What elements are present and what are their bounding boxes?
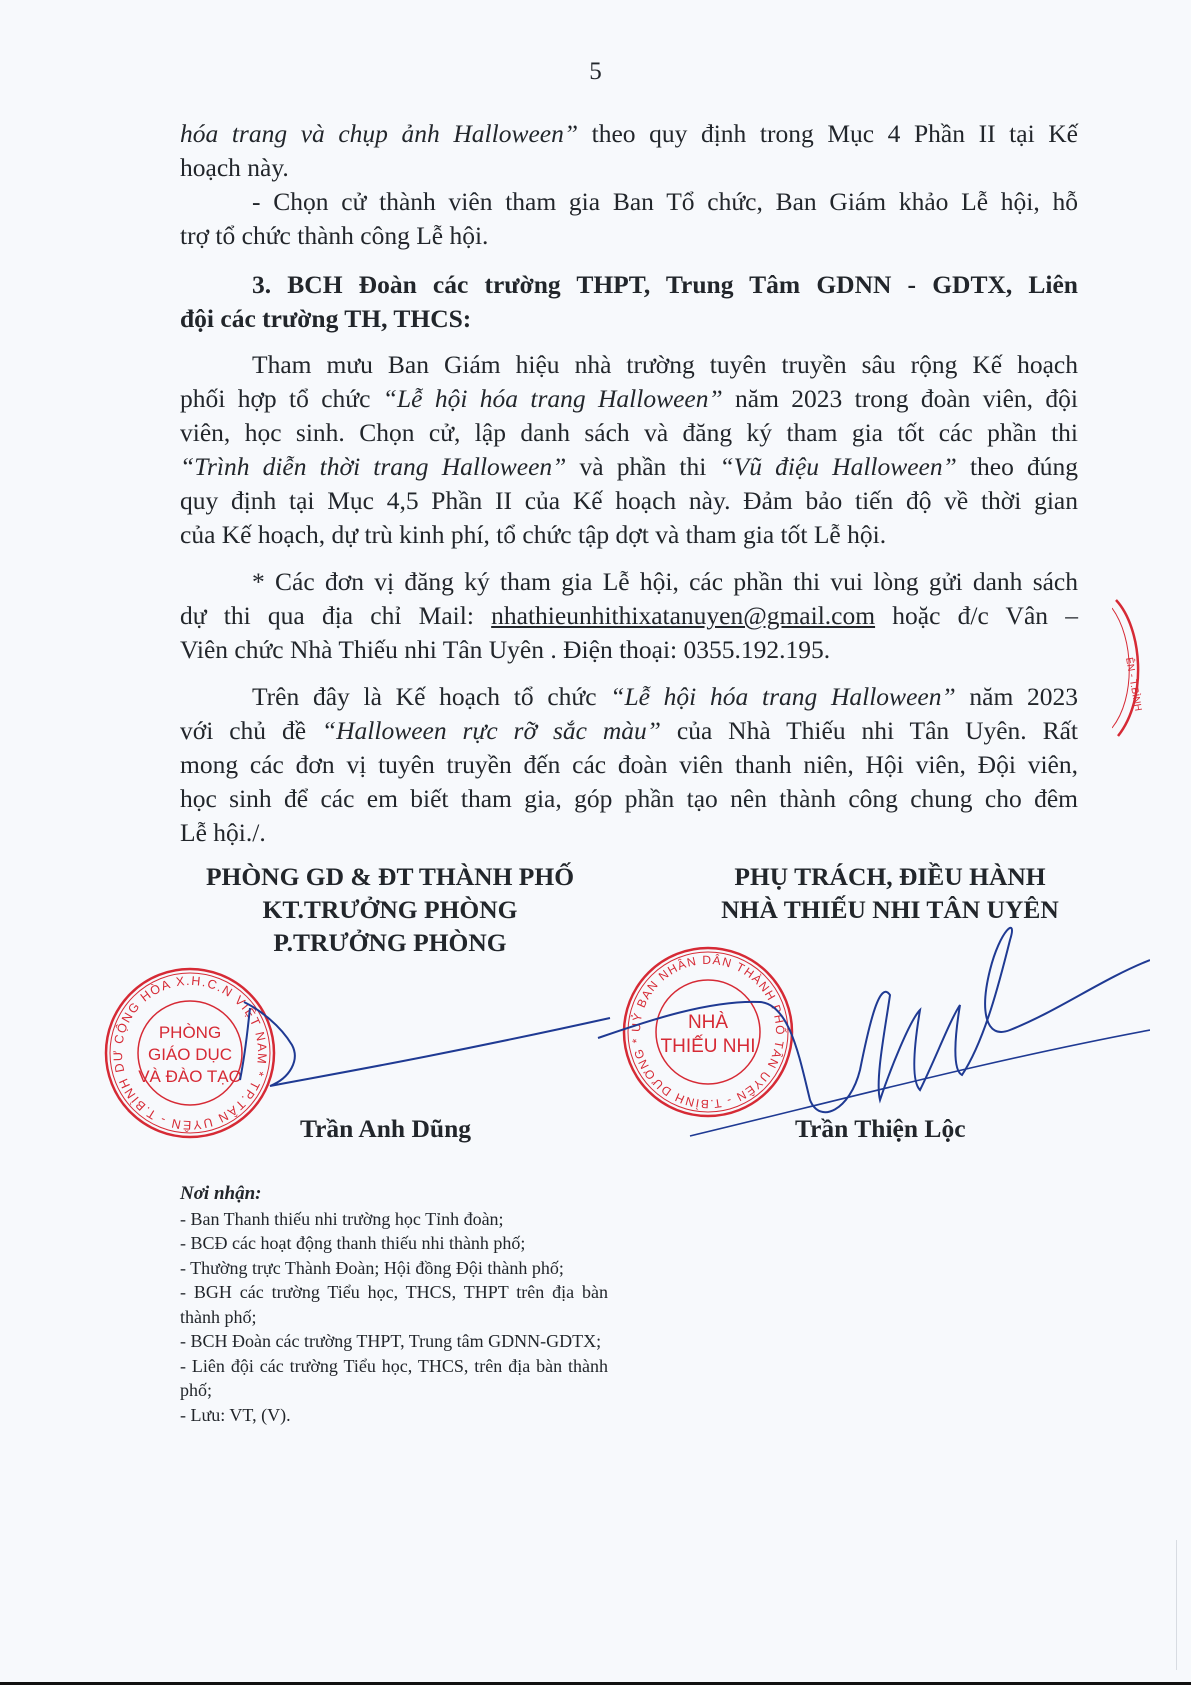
- text: Viên chức Nhà Thiếu nhi Tân Uyên . Điện …: [180, 633, 1078, 667]
- text: Trên đây là Kế hoạch tổ chức: [252, 682, 610, 711]
- recipient-item: - Thường trực Thành Đoàn; Hội đồng Đội t…: [180, 1256, 608, 1281]
- recipient-item: - BCĐ các hoạt động thanh thiếu nhi thàn…: [180, 1231, 608, 1256]
- heading-line: 3. BCH Đoàn các trường THPT, Trung Tâm G…: [180, 268, 1078, 302]
- text: quy định tại Mục 4,5 Phần II của Kế hoạc…: [180, 484, 1078, 518]
- org-line: PHÒNG GD & ĐT THÀNH PHỐ: [180, 860, 600, 893]
- italic-quote: “Vũ điệu Halloween”: [719, 452, 956, 481]
- paragraph-registration: * Các đơn vị đăng ký tham gia Lễ hội, cá…: [180, 565, 1078, 667]
- recipient-item: - Ban Thanh thiếu nhi trường học Tỉnh đo…: [180, 1207, 608, 1232]
- text: theo quy định trong Mục 4 Phần II tại Kế: [578, 119, 1078, 148]
- text: học sinh để các em biết tham gia, góp ph…: [180, 782, 1078, 816]
- italic-quote: “Lễ hội hóa trang Halloween”: [610, 682, 955, 711]
- text: của Nhà Thiếu nhi Tân Uyên. Rất: [661, 716, 1078, 745]
- text: viên, học sinh. Chọn cử, lập danh sách v…: [180, 416, 1078, 450]
- italic-quote: “Lễ hội hóa trang Halloween”: [383, 384, 723, 413]
- svg-text:PHÒNG: PHÒNG: [159, 1023, 221, 1042]
- recipients-list: Nơi nhận: - Ban Thanh thiếu nhi trường h…: [180, 1182, 608, 1427]
- text: của Kế hoạch, dự trù kinh phí, tổ chức t…: [180, 518, 1078, 552]
- text: năm 2023 trong đoàn viên, đội: [723, 384, 1078, 413]
- text: với chủ đề: [180, 716, 322, 745]
- italic-quote: hóa trang và chụp ảnh Halloween”: [180, 119, 578, 148]
- recipient-item: - Lưu: VT, (V).: [180, 1403, 608, 1428]
- recipient-item: - BCH Đoàn các trường THPT, Trung tâm GD…: [180, 1329, 608, 1354]
- text: * Các đơn vị đăng ký tham gia Lễ hội, cá…: [180, 565, 1078, 599]
- left-handwritten-signature: [220, 990, 620, 1100]
- section-heading: 3. BCH Đoàn các trường THPT, Trung Tâm G…: [180, 268, 1078, 336]
- recipient-item: - Liên đội các trường Tiểu học, THCS, tr…: [180, 1354, 608, 1403]
- right-handwritten-signature: [590, 900, 1150, 1140]
- partial-seal-edge: ÊN - T.BÌNH: [1112, 598, 1152, 738]
- text: năm 2023: [956, 682, 1078, 711]
- role-line: PHỤ TRÁCH, ĐIỀU HÀNH: [680, 860, 1100, 893]
- text: theo đúng: [957, 452, 1078, 481]
- recipient-item: - BGH các trường Tiểu học, THCS, THPT tr…: [180, 1280, 608, 1329]
- text: - Chọn cử thành viên tham gia Ban Tổ chứ…: [180, 185, 1078, 219]
- recipients-heading: Nơi nhận:: [180, 1182, 608, 1207]
- role-line: P.TRƯỞNG PHÒNG: [180, 926, 600, 959]
- text: Tham mưu Ban Giám hiệu nhà trường tuyên …: [180, 348, 1078, 382]
- text: hoạch này.: [180, 151, 1078, 185]
- text: phối hợp tổ chức: [180, 384, 383, 413]
- paragraph-closing: Trên đây là Kế hoạch tổ chức “Lễ hội hóa…: [180, 680, 1078, 850]
- paragraph-continuation: hóa trang và chụp ảnh Halloween” theo qu…: [180, 117, 1078, 253]
- italic-quote: “Halloween rực rỡ sắc màu”: [322, 716, 661, 745]
- left-signature-title: PHÒNG GD & ĐT THÀNH PHỐ KT.TRƯỞNG PHÒNG …: [180, 860, 600, 959]
- page-number: 5: [0, 58, 1191, 86]
- email-link[interactable]: nhathieunhithixatanuyen@gmail.com: [491, 601, 875, 630]
- role-line: KT.TRƯỞNG PHÒNG: [180, 893, 600, 926]
- italic-quote: “Trình diễn thời trang Halloween”: [180, 452, 566, 481]
- heading-line: đội các trường TH, THCS:: [180, 302, 1078, 336]
- text: Lễ hội./.: [180, 816, 1078, 850]
- scan-edge-line: [1176, 1540, 1177, 1670]
- text: dự thi qua địa chỉ Mail:: [180, 601, 491, 630]
- text: và phần thi: [566, 452, 719, 481]
- text: trợ tổ chức thành công Lễ hội.: [180, 219, 1078, 253]
- left-signer-name: Trần Anh Dũng: [300, 1114, 471, 1144]
- right-signer-name: Trần Thiện Lộc: [795, 1114, 966, 1144]
- text: mong các đơn vị tuyên truyền đến các đoà…: [180, 748, 1078, 782]
- text: hoặc đ/c Vân –: [875, 601, 1078, 630]
- svg-text:ÊN - T.BÌNH: ÊN - T.BÌNH: [1123, 656, 1145, 712]
- paragraph-instructions: Tham mưu Ban Giám hiệu nhà trường tuyên …: [180, 348, 1078, 552]
